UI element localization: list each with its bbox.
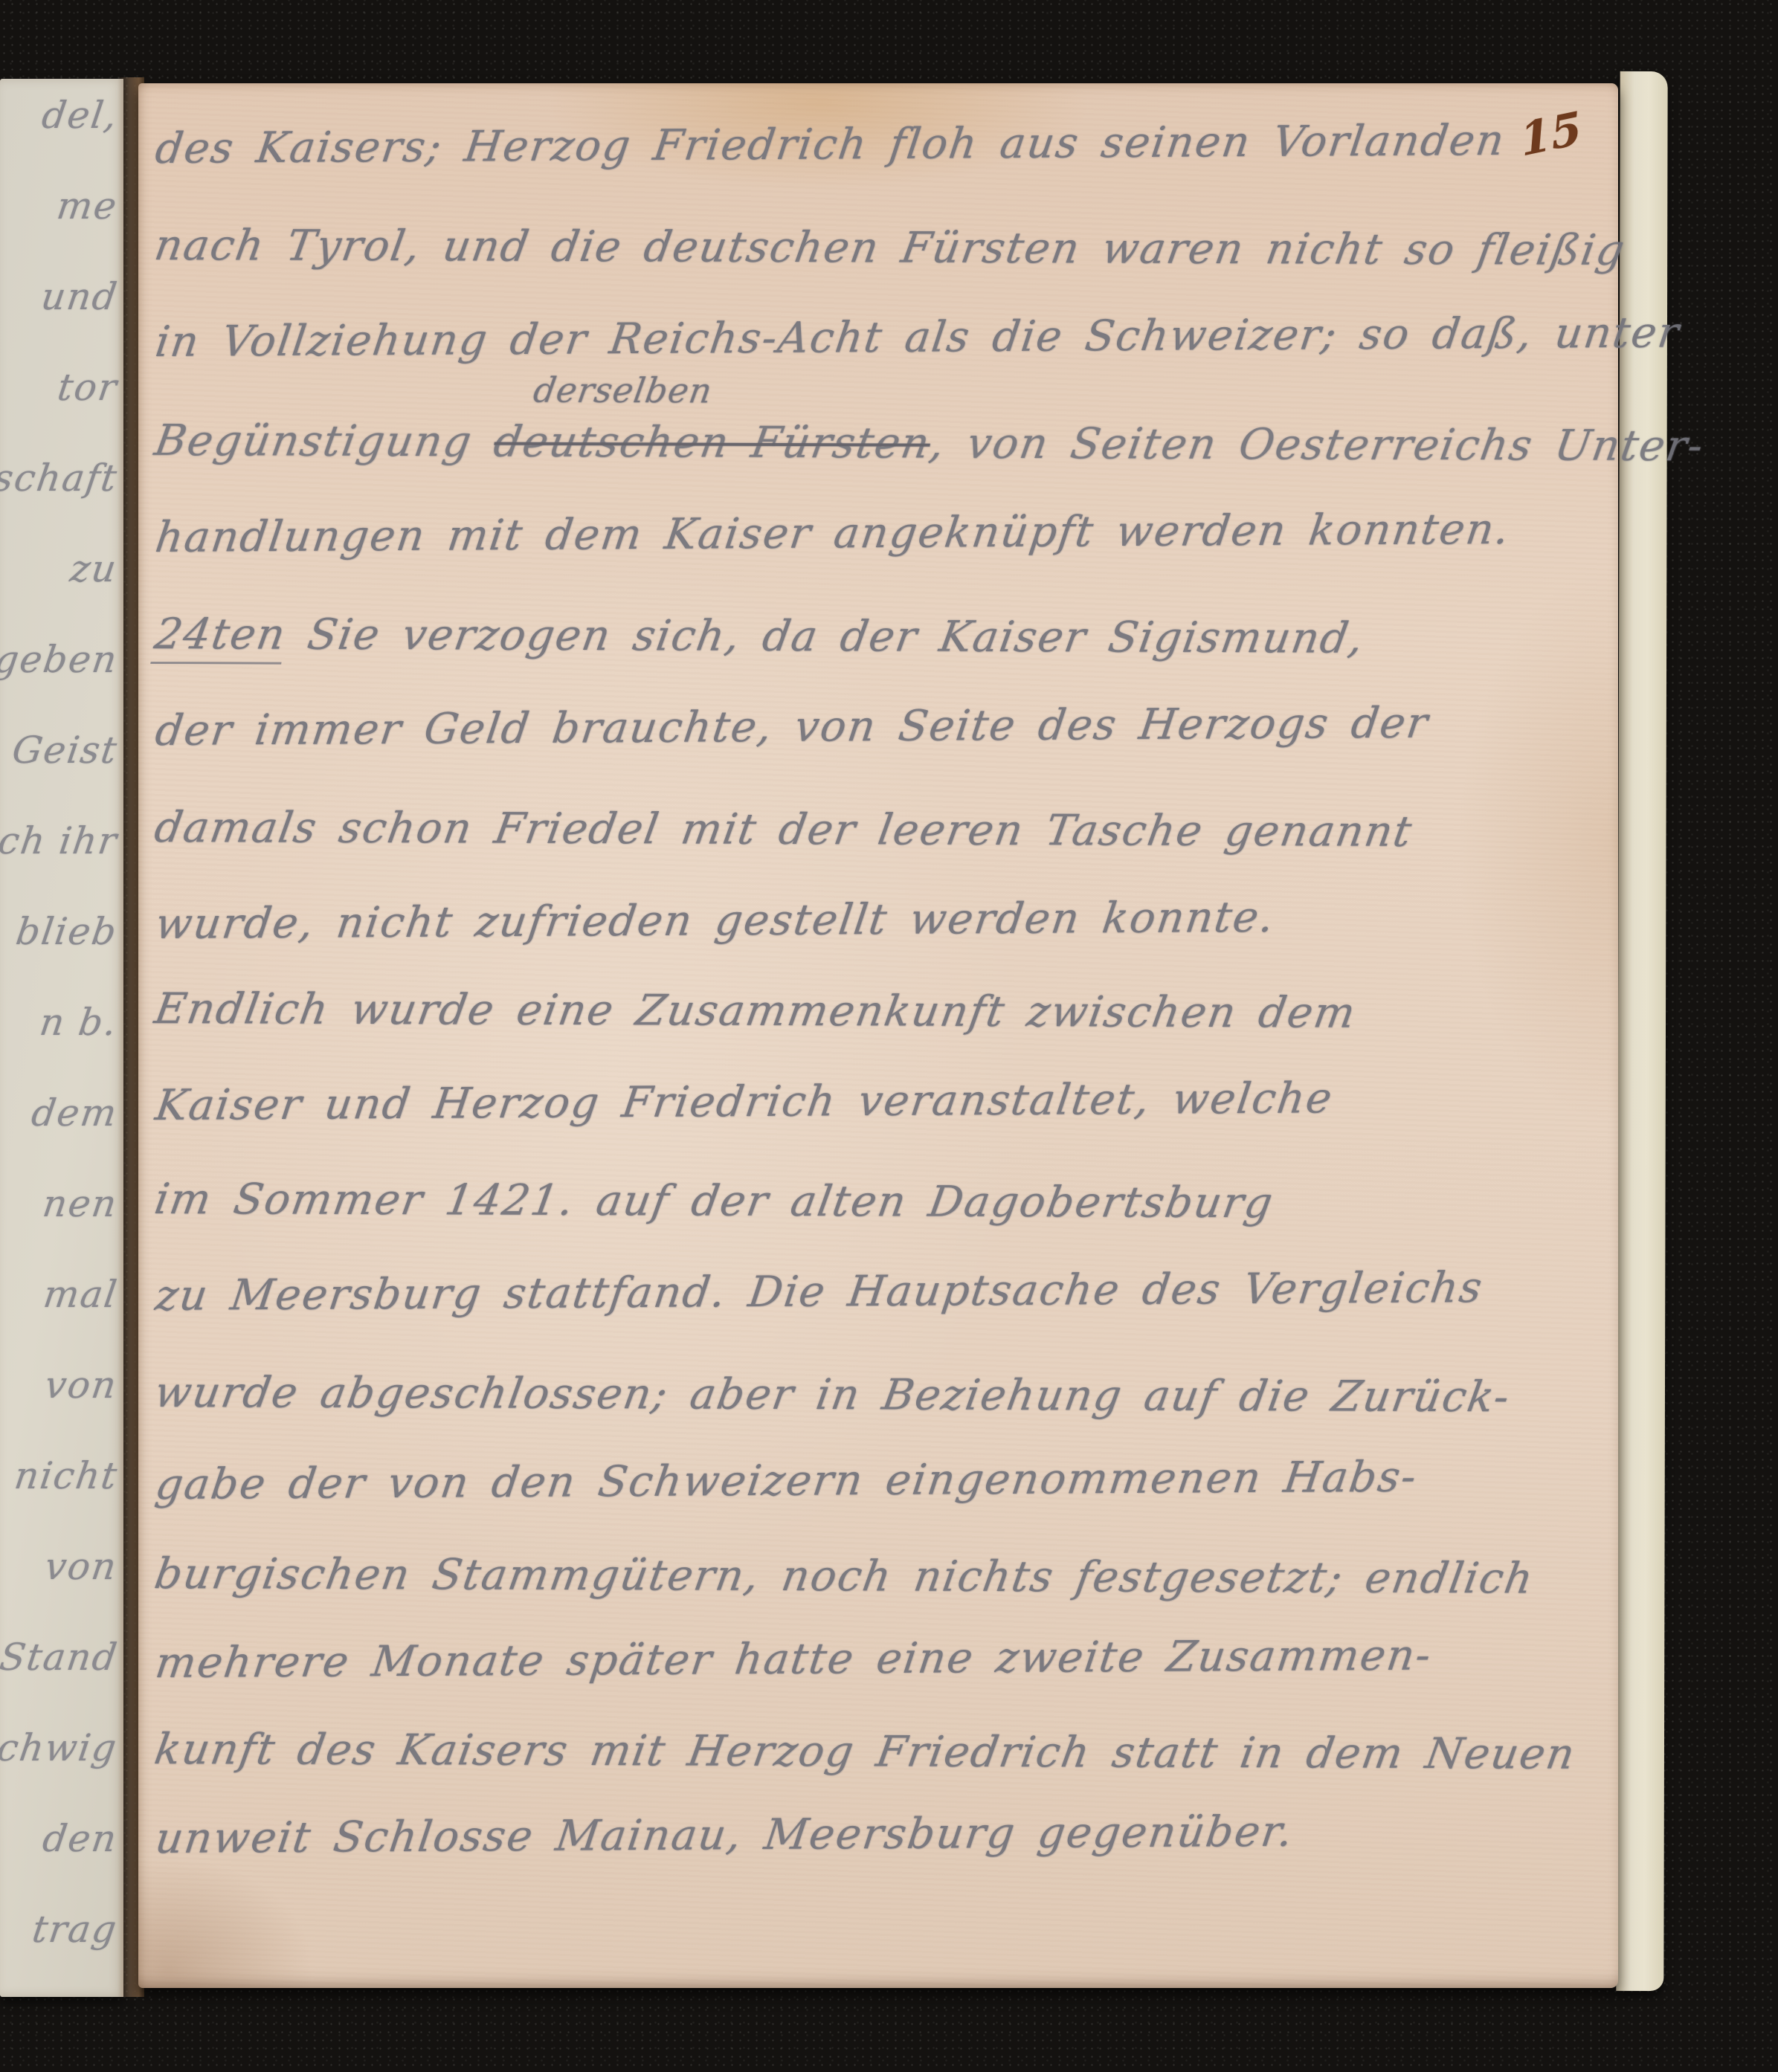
correction-wrap: derselbendeutschen Fürsten	[490, 418, 934, 468]
facing-page-text-fragment: tor	[55, 366, 120, 409]
underlying-page-edge	[1616, 71, 1667, 1991]
handwritten-line: in Vollziehung der Reichs-Acht als die S…	[152, 308, 1683, 367]
facing-page-text-fragment: me	[54, 184, 120, 227]
handwritten-line: wurde, nicht zufrieden gestellt werden k…	[152, 893, 1278, 949]
handwritten-line: im Sommer 1421. auf der alten Dagobertsb…	[151, 1175, 1277, 1227]
handwritten-line: kunft des Kaisers mit Herzog Friedrich s…	[151, 1725, 1579, 1779]
photograph-of-manuscript: { "document": { "page_number": "15", "de…	[0, 0, 1778, 2072]
handwritten-line: handlungen mit dem Kaiser angeknüpft wer…	[152, 505, 1513, 562]
handwritten-line: damals schon Friedel mit der leeren Tasc…	[151, 803, 1416, 856]
facing-page-text-fragment: Stand	[0, 1636, 120, 1679]
handwritten-line: zu Meersburg stattfand. Die Hauptsache d…	[152, 1263, 1486, 1320]
facing-page-text-fragment: trag	[30, 1908, 120, 1951]
facing-page-text-fragment: blieb	[13, 910, 120, 953]
facing-page-text-fragment: ich ihr	[0, 819, 120, 862]
handwritten-line: des Kaisers; Herzog Friedrich floh aus s…	[152, 116, 1508, 173]
handwritten-line: mehrere Monate später hatte eine zweite …	[152, 1631, 1435, 1688]
struck-out-text: deutschen Fürsten	[490, 418, 934, 468]
facing-page-text-fragment: dem	[29, 1091, 120, 1135]
facing-page-text-fragment: schaft	[0, 456, 120, 500]
handwritten-line-with-correction: Begünstigung derselbendeutschen Fürsten,…	[151, 416, 1707, 471]
facing-page-sliver: del, me und tor schaft zu geben Geist ic…	[0, 79, 123, 1997]
handwritten-line: gabe der von den Schweizern eingenommene…	[152, 1453, 1420, 1509]
facing-page-text-fragment: del,	[39, 94, 120, 137]
handwritten-line: der immer Geld brauchte, von Seite des H…	[152, 699, 1431, 755]
line-text: Sie verzogen sich, da der Kaiser Sigismu…	[304, 610, 1368, 663]
inserted-word: derselben	[531, 370, 715, 411]
facing-page-text-fragment: geben	[0, 638, 120, 681]
underlined-date-note: 24ten	[150, 610, 290, 665]
handwritten-line: nach Tyrol, und die deutschen Fürsten wa…	[151, 221, 1629, 275]
facing-page-text-fragment: und	[39, 275, 121, 318]
facing-page-text-fragment: n b.	[37, 1001, 120, 1044]
facing-page-text-fragment: nen	[40, 1182, 120, 1225]
manuscript-page: 15 des Kaisers; Herzog Friedrich floh au…	[138, 83, 1618, 1988]
facing-page-text-fragment: von	[42, 1545, 120, 1588]
facing-page-text-fragment: nicht	[11, 1454, 120, 1497]
handwritten-line: wurde abgeschlossen; aber in Beziehung a…	[151, 1368, 1514, 1421]
correction-after-text: , von Seiten Oesterreichs Unter-	[927, 419, 1708, 471]
facing-page-text-fragment: von	[42, 1363, 120, 1407]
facing-page-text-fragment: mal	[41, 1273, 120, 1316]
page-number: 15	[1518, 102, 1584, 167]
handwritten-line: Endlich wurde eine Zusammenkunft zwische…	[151, 984, 1359, 1038]
facing-page-text-fragment: zu	[68, 547, 120, 590]
handwritten-line: unweit Schlosse Mainau, Meersburg gegenü…	[152, 1807, 1297, 1863]
handwritten-line: burgischen Stammgütern, noch nichts fest…	[151, 1549, 1537, 1603]
facing-page-text-fragment: Geist	[10, 729, 120, 772]
handwritten-line: Kaiser und Herzog Friedrich veranstaltet…	[152, 1074, 1336, 1130]
facing-page-text-fragment: den	[40, 1817, 120, 1860]
handwritten-line-with-date-note: 24tenSie verzogen sich, da der Kaiser Si…	[150, 610, 1368, 668]
facing-page-text-fragment: schwig	[0, 1726, 120, 1769]
correction-before-text: Begünstigung	[151, 416, 498, 467]
